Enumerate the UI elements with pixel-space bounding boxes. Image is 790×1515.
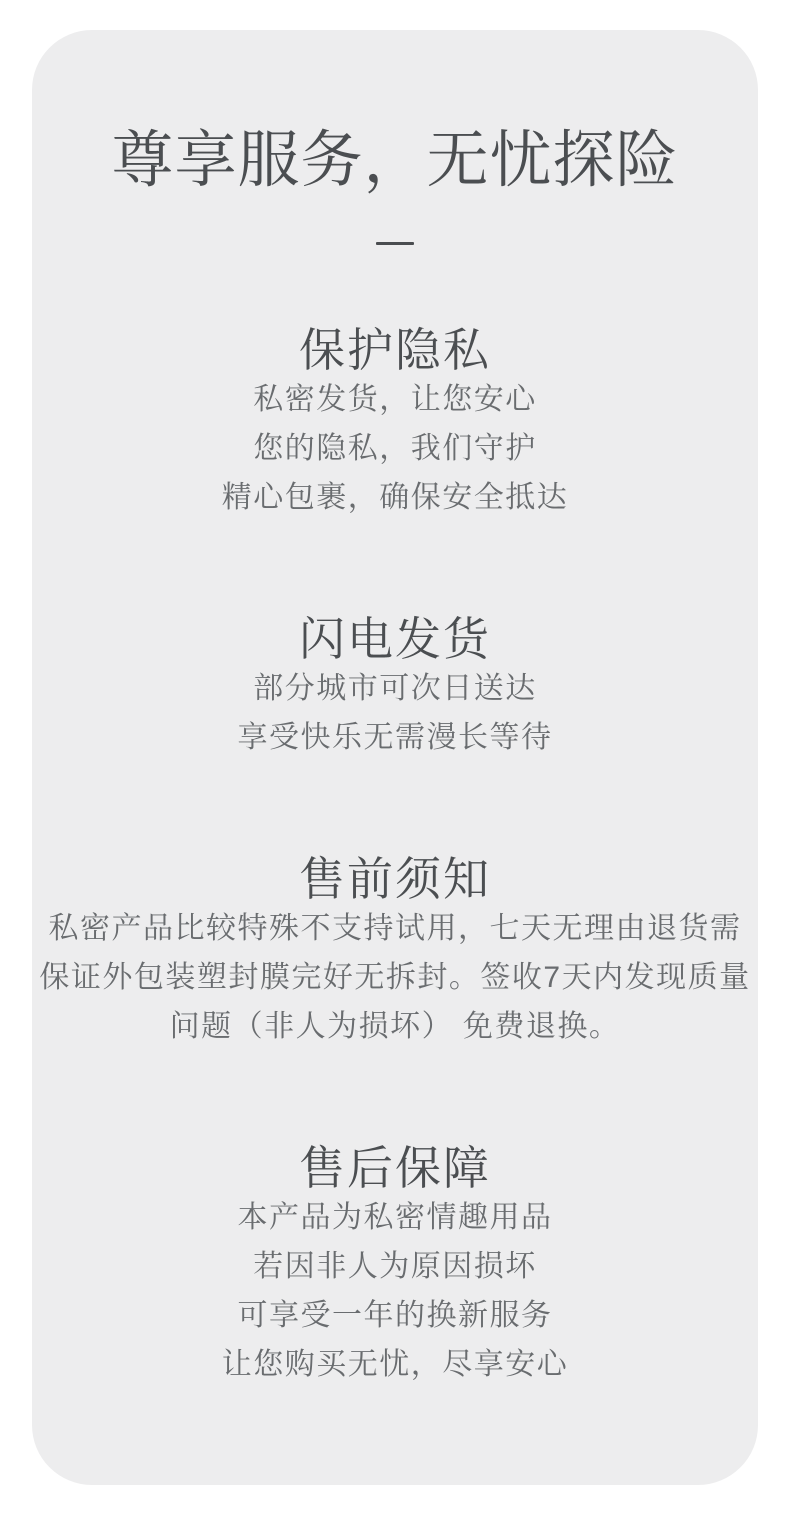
section-line: 问题（非人为损坏） 免费退换。 — [32, 1002, 758, 1051]
page-title: 尊享服务，无忧探险 — [32, 130, 758, 192]
title-divider-line — [376, 242, 414, 245]
section-line: 部分城市可次日送达 — [32, 664, 758, 713]
section-line: 私密产品比较特殊不支持试用，七天无理由退货需 — [32, 904, 758, 953]
section-line: 保证外包装塑封膜完好无拆封。签收7天内发现质量 — [32, 953, 758, 1002]
section-line: 让您购买无忧，尽享安心 — [32, 1340, 758, 1389]
section-privacy-protection: 保护隐私 私密发货，让您安心 您的隐私，我们守护 精心包裹，确保安全抵达 — [32, 325, 758, 522]
section-line: 私密发货，让您安心 — [32, 375, 758, 424]
section-heading: 售后保障 — [32, 1143, 758, 1193]
section-line: 精心包裹，确保安全抵达 — [32, 473, 758, 522]
section-presale-notice: 售前须知 私密产品比较特殊不支持试用，七天无理由退货需 保证外包装塑封膜完好无拆… — [32, 854, 758, 1051]
section-heading: 售前须知 — [32, 854, 758, 904]
section-line: 可享受一年的换新服务 — [32, 1291, 758, 1340]
section-heading: 闪电发货 — [32, 614, 758, 664]
section-line: 若因非人为原因损坏 — [32, 1242, 758, 1291]
section-aftersale-guarantee: 售后保障 本产品为私密情趣用品 若因非人为原因损坏 可享受一年的换新服务 让您购… — [32, 1143, 758, 1389]
section-line: 您的隐私，我们守护 — [32, 424, 758, 473]
service-guarantee-card: 尊享服务，无忧探险 保护隐私 私密发货，让您安心 您的隐私，我们守护 精心包裹，… — [32, 30, 758, 1485]
section-line: 享受快乐无需漫长等待 — [32, 713, 758, 762]
section-heading: 保护隐私 — [32, 325, 758, 375]
section-fast-shipping: 闪电发货 部分城市可次日送达 享受快乐无需漫长等待 — [32, 614, 758, 762]
section-line: 本产品为私密情趣用品 — [32, 1193, 758, 1242]
